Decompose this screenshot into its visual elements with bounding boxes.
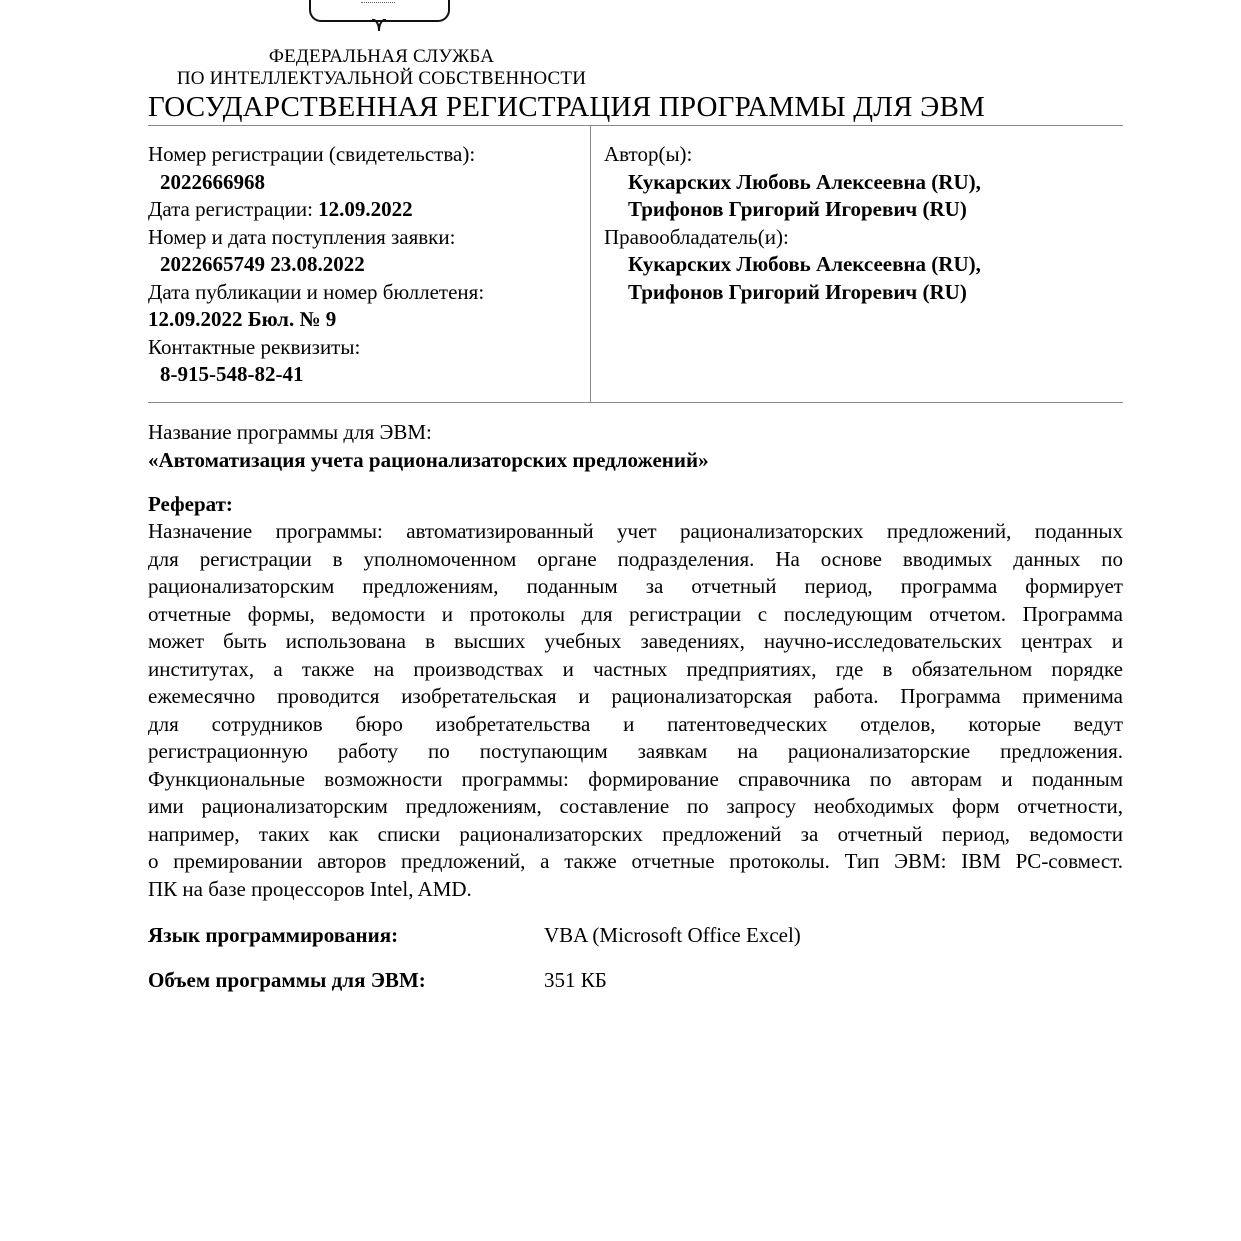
abstract-line: о премировании авторов предложений, а та… <box>148 848 1123 876</box>
divider-vertical <box>590 126 591 402</box>
abstract-line: Функциональные возможности программы: фо… <box>148 766 1123 794</box>
abstract-line: Назначение программы: автоматизированный… <box>148 518 1123 546</box>
emblem-tip-icon <box>372 19 386 31</box>
reg-date-row: Дата регистрации: 12.09.2022 <box>148 196 484 224</box>
abstract-line: отчетные формы, ведомости и протоколы дл… <box>148 601 1123 629</box>
application-number-date: 2022665749 23.08.2022 <box>148 251 484 279</box>
abstract-line: ими рационализаторским предложениям, сос… <box>148 793 1123 821</box>
abstract-line: рационализаторским предложениям, поданны… <box>148 573 1123 601</box>
abstract-line: регистрационную работу по поступающим за… <box>148 738 1123 766</box>
size-value: 351 КБ <box>544 968 607 992</box>
registration-info: Номер регистрации (свидетельства): 20226… <box>148 141 484 389</box>
abstract-line: институтах, а также на производствах и ч… <box>148 656 1123 684</box>
document-title: ГОСУДАРСТВЕННАЯ РЕГИСТРАЦИЯ ПРОГРАММЫ ДЛ… <box>148 90 985 124</box>
publication-info: 12.09.2022 Бюл. № 9 <box>148 306 484 334</box>
reg-date-label: Дата регистрации: <box>148 197 313 221</box>
program-name: «Автоматизация учета рационализаторских … <box>148 447 709 475</box>
abstract-line: например, таких как списки рационализато… <box>148 821 1123 849</box>
holder-item: Кукарских Любовь Алексеевна (RU), <box>604 251 981 279</box>
reg-date: 12.09.2022 <box>318 197 413 221</box>
author-item: Кукарских Любовь Алексеевна (RU), <box>604 169 981 197</box>
application-label: Номер и дата поступления заявки: <box>148 224 484 252</box>
holders-label: Правообладатель(и): <box>604 224 981 252</box>
contacts-phone: 8-915-548-82-41 <box>148 361 484 389</box>
program-name-label: Название программы для ЭВМ: <box>148 419 709 447</box>
abstract-line: ПК на базе процессоров Intel, AMD. <box>148 876 1123 904</box>
abstract-text: Назначение программы: автоматизированный… <box>148 518 1123 903</box>
divider-top <box>148 125 1123 126</box>
divider-bottom <box>148 402 1123 403</box>
size-row: Объем программы для ЭВМ:351 КБ <box>148 967 607 994</box>
abstract-line: для регистрации в уполномоченном органе … <box>148 546 1123 574</box>
abstract-heading: Реферат: <box>148 491 233 519</box>
abstract-line: ежемесячно проводится изобретательская и… <box>148 683 1123 711</box>
holder-item: Трифонов Григорий Игоревич (RU) <box>604 279 981 307</box>
language-value: VBA (Microsoft Office Excel) <box>544 923 801 947</box>
authors-label: Автор(ы): <box>604 141 981 169</box>
reg-number: 2022666968 <box>148 169 484 197</box>
size-label: Объем программы для ЭВМ: <box>148 967 544 994</box>
contacts-label: Контактные реквизиты: <box>148 334 484 362</box>
agency-name-line2: ПО ИНТЕЛЛЕКТУАЛЬНОЙ СОБСТВЕННОСТИ <box>0 68 763 90</box>
parties-info: Автор(ы): Кукарских Любовь Алексеевна (R… <box>604 141 981 306</box>
language-label: Язык программирования: <box>148 922 544 949</box>
language-row: Язык программирования:VBA (Microsoft Off… <box>148 922 801 949</box>
author-item: Трифонов Григорий Игоревич (RU) <box>604 196 981 224</box>
reg-number-label: Номер регистрации (свидетельства): <box>148 141 484 169</box>
agency-name-line1: ФЕДЕРАЛЬНАЯ СЛУЖБА <box>0 46 763 68</box>
emblem-ornament <box>361 0 395 3</box>
abstract-line: может быть использована в высших учебных… <box>148 628 1123 656</box>
program-name-section: Название программы для ЭВМ: «Автоматизац… <box>148 419 709 474</box>
abstract-line: для сотрудников бюро изобретательства и … <box>148 711 1123 739</box>
publication-label: Дата публикации и номер бюллетеня: <box>148 279 484 307</box>
